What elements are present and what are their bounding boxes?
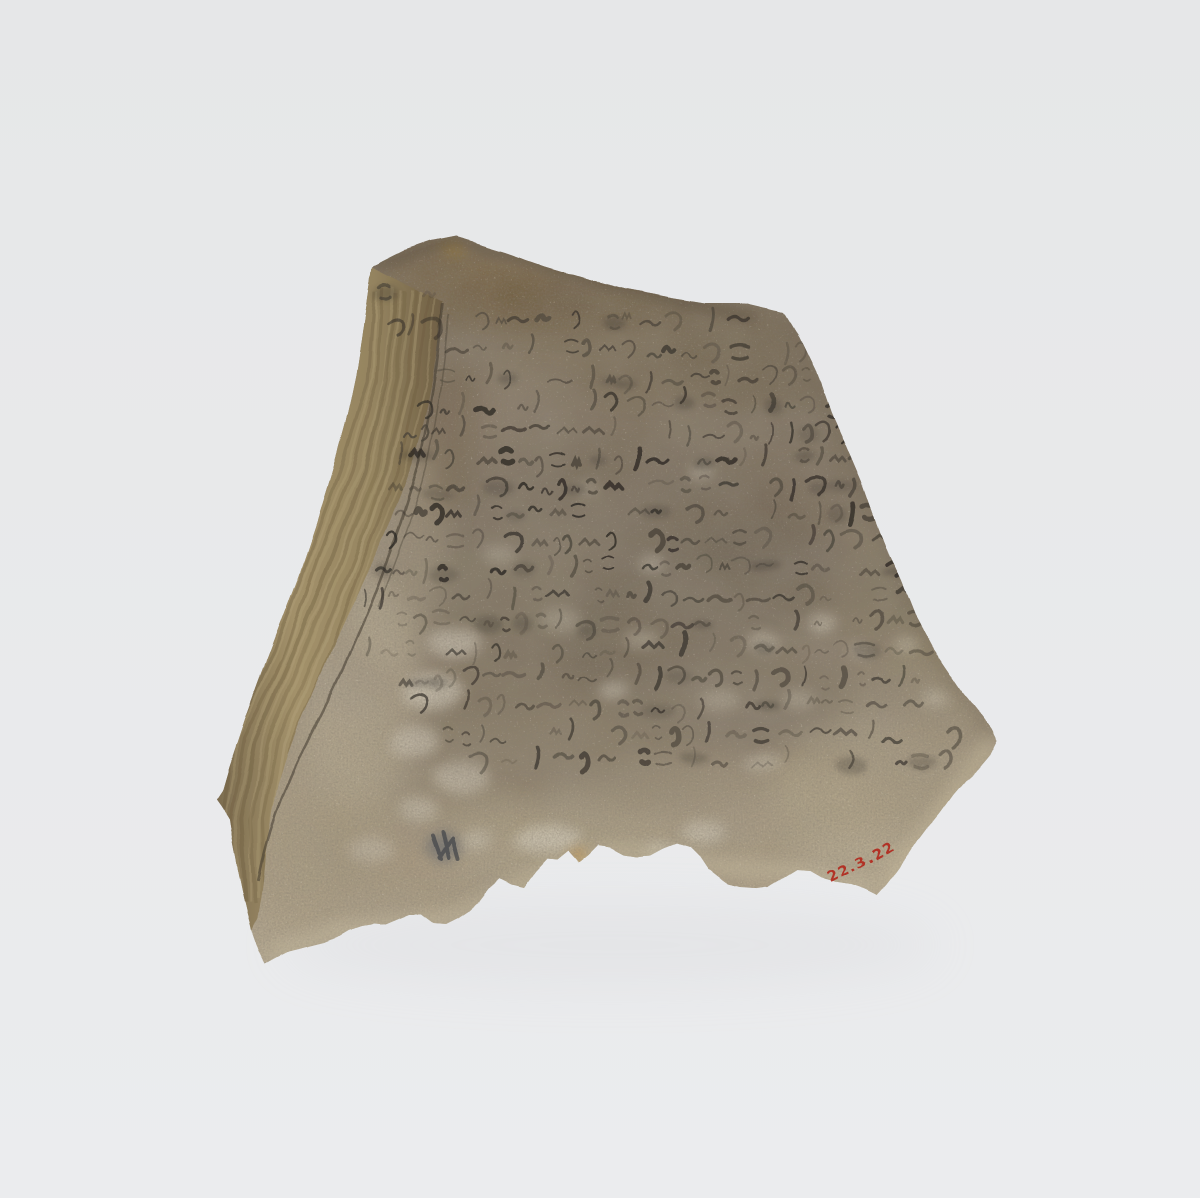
charcoal-smudge — [425, 832, 461, 860]
ostracon-photo: 22.3.22 — [0, 0, 1200, 1198]
artifact-photograph: 22.3.22 — [0, 0, 1200, 1198]
